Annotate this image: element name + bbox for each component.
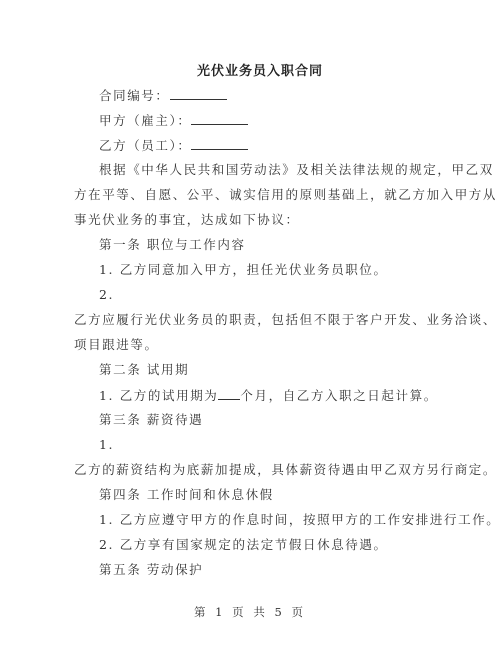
document-title: 光伏业务员入职合同 bbox=[0, 60, 500, 79]
contract-number-field: 合同编号： bbox=[99, 87, 227, 104]
contract-number-label: 合同编号： bbox=[99, 88, 170, 103]
party-b-field: 乙方（员工）： bbox=[99, 137, 248, 154]
article3-item1-number: 1. bbox=[99, 437, 114, 453]
article1-heading: 第一条 职位与工作内容 bbox=[99, 237, 246, 253]
article2-heading: 第二条 试用期 bbox=[99, 362, 189, 378]
article1-item2-line-1: 乙方应履行光伏业务员的职责，包括但不限于客户开发、业务洽谈、 bbox=[74, 312, 497, 328]
party-a-field: 甲方（雇主）： bbox=[99, 112, 248, 129]
party-b-blank[interactable] bbox=[191, 137, 248, 150]
article5-heading: 第五条 劳动保护 bbox=[99, 562, 203, 578]
article3-heading: 第三条 薪资待遇 bbox=[99, 412, 203, 428]
article4-item1: 1. 乙方应遵守甲方的作息时间，按照甲方的工作安排进行工作。 bbox=[99, 512, 500, 528]
article3-item1-text: 乙方的薪资结构为底薪加提成，具体薪资待遇由甲乙双方另行商定。 bbox=[74, 462, 497, 478]
article1-item1: 1. 乙方同意加入甲方，担任光伏业务员职位。 bbox=[99, 262, 388, 278]
article2-item1-suffix: 个月，自乙方入职之日起计算。 bbox=[240, 388, 437, 403]
party-a-label: 甲方（雇主）： bbox=[99, 113, 191, 128]
article4-heading: 第四条 工作时间和休息休假 bbox=[99, 487, 274, 503]
article1-item2-number: 2. bbox=[99, 287, 114, 303]
contract-number-blank[interactable] bbox=[170, 87, 227, 100]
article2-item1: 1. 乙方的试用期为个月，自乙方入职之日起计算。 bbox=[99, 387, 438, 404]
article1-item2-line-2: 项目跟进等。 bbox=[74, 337, 159, 353]
preamble-line-3: 事光伏业务的事宜，达成如下协议： bbox=[74, 212, 300, 228]
preamble-line-1: 根据《中华人民共和国劳动法》及相关法律法规的规定，甲乙双 bbox=[99, 162, 494, 178]
probation-months-blank[interactable] bbox=[218, 387, 240, 400]
document-page: 光伏业务员入职合同 合同编号： 甲方（雇主）： 乙方（员工）： 根据《中华人民共… bbox=[0, 0, 500, 647]
article4-item2: 2. 乙方享有国家规定的法定节假日休息待遇。 bbox=[99, 537, 388, 553]
preamble-line-2: 方在平等、自愿、公平、诚实信用的原则基础上，就乙方加入甲方从 bbox=[74, 187, 497, 203]
article2-item1-prefix: 1. 乙方的试用期为 bbox=[99, 388, 218, 403]
party-b-label: 乙方（员工）： bbox=[99, 138, 191, 153]
party-a-blank[interactable] bbox=[191, 112, 248, 125]
page-footer: 第 1 页 共 5 页 bbox=[0, 604, 500, 620]
